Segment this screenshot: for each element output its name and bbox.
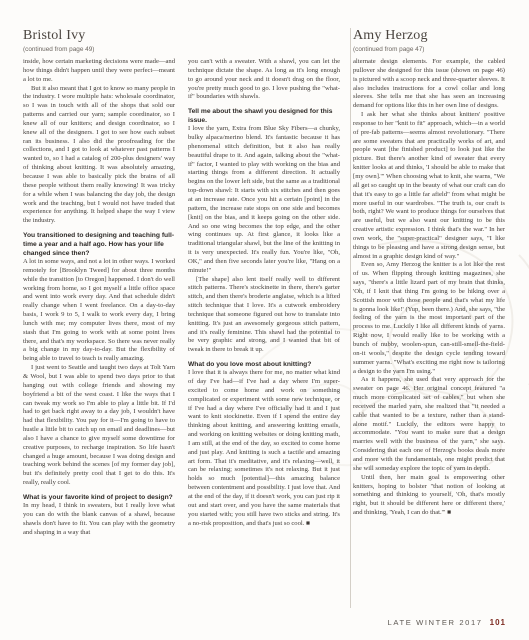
bristol-ivy-interview-question: Tell me about the shawl you designed for… — [188, 107, 340, 125]
page-number: 101 — [490, 618, 506, 627]
issue-label: LATE WINTER 2017 — [388, 618, 483, 627]
amy-herzog-article-title: Amy Herzog — [353, 28, 505, 45]
magazine-page: Bristol Ivy(continued from page 49)insid… — [0, 0, 529, 640]
amy-herzog-body-paragraph: Even so, Amy Herzog the knitter is a lot… — [353, 261, 505, 376]
bristol-ivy-body-paragraph: [The shape] also lent itself really well… — [188, 276, 340, 356]
amy-herzog-body-paragraph: I ask her what she thinks about knitters… — [353, 111, 505, 261]
amy-herzog-body-paragraph: alternate design elements. For example, … — [353, 58, 505, 111]
bristol-ivy-continued-from-note: (continued from page 49) — [23, 45, 175, 54]
bristol-ivy-body-paragraph: I love that it is always there for me, n… — [188, 369, 340, 528]
bristol-ivy-body-paragraph: A lot in some ways, and not a lot in oth… — [23, 258, 175, 364]
bristol-ivy-article-title: Bristol Ivy — [23, 28, 175, 45]
column-1: Bristol Ivy(continued from page 49)insid… — [23, 28, 175, 610]
bristol-ivy-body-paragraph: I just went to Seattle and taught two da… — [23, 364, 175, 488]
amy-herzog-body-paragraph: As it happens, she used that very approa… — [353, 376, 505, 473]
bristol-ivy-interview-question: You transitioned to designing and teachi… — [23, 231, 175, 258]
page-footer: LATE WINTER 2017 101 — [388, 618, 506, 627]
column-2: you can't with a sweater. With a shawl, … — [188, 28, 340, 610]
amy-herzog-body-paragraph: Until then, her main goal is empowering … — [353, 474, 505, 518]
bristol-ivy-body-paragraph: In my head, I think in sweaters, but I r… — [23, 502, 175, 537]
bristol-ivy-body-paragraph: you can't with a sweater. With a shawl, … — [188, 58, 340, 102]
bristol-ivy-interview-question: What is your favorite kind of project to… — [23, 493, 175, 502]
columns: Bristol Ivy(continued from page 49)insid… — [23, 28, 506, 610]
bristol-ivy-body-paragraph: I love the yarn, Extra from Blue Sky Fib… — [188, 125, 340, 275]
bristol-ivy-body-paragraph: But it also meant that I got to know so … — [23, 85, 175, 227]
bristol-ivy-body-paragraph: inside, how certain marketing decisions … — [23, 58, 175, 85]
amy-herzog-continued-from-note: (continued from page 47) — [353, 45, 505, 54]
bristol-ivy-interview-question: What do you love most about knitting? — [188, 360, 340, 369]
column-3: Amy Herzog(continued from page 47)altern… — [353, 28, 505, 610]
